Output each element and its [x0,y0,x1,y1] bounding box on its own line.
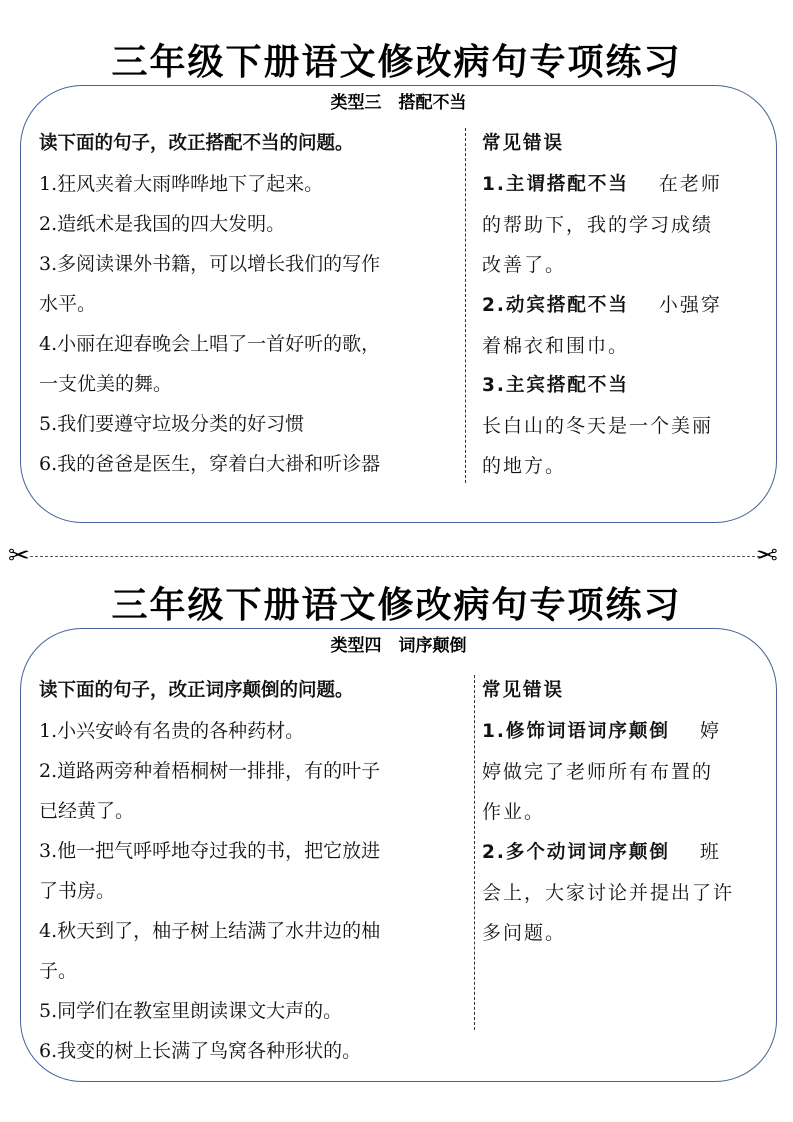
error-item: 1.主谓搭配不当在老师 [482,164,762,205]
error-item: 2.多个动词词序颠倒班 [482,832,762,873]
error-label: 3.主宾搭配不当 [482,366,762,406]
scissors-icon: ✂ [8,541,30,571]
common-errors-column: 常见错误 1.修饰词语词序颠倒婷 婷做完了老师所有布置的 作业。 2.多个动词词… [482,671,762,953]
column-divider [474,675,475,1030]
sentences-column: 读下面的句子，改正搭配不当的问题。 1.狂风夹着大雨哗哗地下了起来。 2.造纸术… [39,124,469,484]
error-example: 着棉衣和围巾。 [482,326,762,366]
column-divider [465,128,466,483]
sentence-line: 已经黄了。 [39,791,479,831]
sentence-line: 3.多阅读课外书籍，可以增长我们的写作 [39,244,469,284]
section-subtitle: 类型四 词序颠倒 [21,631,776,656]
sentence-line: 一支优美的舞。 [39,364,469,404]
sentence-line: 6.我的爸爸是医生，穿着白大褂和听诊器 [39,444,469,484]
sentence-line: 4.小丽在迎春晚会上唱了一首好听的歌， [39,324,469,364]
scissors-icon: ✂ [756,541,778,571]
error-label: 2.多个动词词序颠倒 [482,842,670,863]
common-errors-column: 常见错误 1.主谓搭配不当在老师 的帮助下，我的学习成绩 改善了。 2.动宾搭配… [482,124,762,486]
cut-line [30,556,760,557]
sentence-line: 6.我变的树上长满了鸟窝各种形状的。 [39,1031,479,1071]
sentence-line: 1.狂风夹着大雨哗哗地下了起来。 [39,164,469,204]
error-example: 作业。 [482,792,762,832]
error-example: 在老师 [659,173,722,195]
errors-heading: 常见错误 [482,124,762,164]
error-example: 的帮助下，我的学习成绩 [482,205,762,245]
error-example: 班 [700,841,721,863]
error-example: 改善了。 [482,245,762,285]
error-item: 1.修饰词语词序颠倒婷 [482,711,762,752]
error-example: 婷做完了老师所有布置的 [482,752,762,792]
sentence-line: 水平。 [39,284,469,324]
sentence-line: 2.造纸术是我国的四大发明。 [39,204,469,244]
sentence-line: 2.道路两旁种着梧桐树一排排，有的叶子 [39,751,479,791]
errors-heading: 常见错误 [482,671,762,711]
error-item: 2.动宾搭配不当小强穿 [482,285,762,326]
error-example: 会上，大家讨论并提出了许 [482,873,762,913]
sentence-line: 5.我们要遵守垃圾分类的好习惯 [39,404,469,444]
error-example: 的地方。 [482,446,762,486]
error-example: 小强穿 [659,294,722,316]
error-label: 1.修饰词语词序颠倒 [482,721,670,742]
sentence-line: 5.同学们在教室里朗读课文大声的。 [39,991,479,1031]
sentences-column: 读下面的句子，改正词序颠倒的问题。 1.小兴安岭有名贵的各种药材。 2.道路两旁… [39,671,479,1071]
error-label: 2.动宾搭配不当 [482,295,629,316]
sentence-line: 3.他一把气呼呼地夺过我的书，把它放进 [39,831,479,871]
sentence-line: 子。 [39,951,479,991]
error-label: 1.主谓搭配不当 [482,174,629,195]
instruction: 读下面的句子，改正搭配不当的问题。 [39,124,469,164]
worksheet-title-1: 三年级下册语文修改病句专项练习 [0,34,793,85]
exercise-box-type3: 类型三 搭配不当 读下面的句子，改正搭配不当的问题。 1.狂风夹着大雨哗哗地下了… [20,85,777,523]
error-example: 婷 [700,720,721,742]
exercise-box-type4: 类型四 词序颠倒 读下面的句子，改正词序颠倒的问题。 1.小兴安岭有名贵的各种药… [20,628,777,1082]
section-subtitle: 类型三 搭配不当 [21,88,776,113]
sentence-line: 1.小兴安岭有名贵的各种药材。 [39,711,479,751]
worksheet-title-2: 三年级下册语文修改病句专项练习 [0,577,793,628]
error-example: 多问题。 [482,913,762,953]
error-example: 长白山的冬天是一个美丽 [482,406,762,446]
sentence-line: 了书房。 [39,871,479,911]
instruction: 读下面的句子，改正词序颠倒的问题。 [39,671,479,711]
sentence-line: 4.秋天到了，柚子树上结满了水井边的柚 [39,911,479,951]
